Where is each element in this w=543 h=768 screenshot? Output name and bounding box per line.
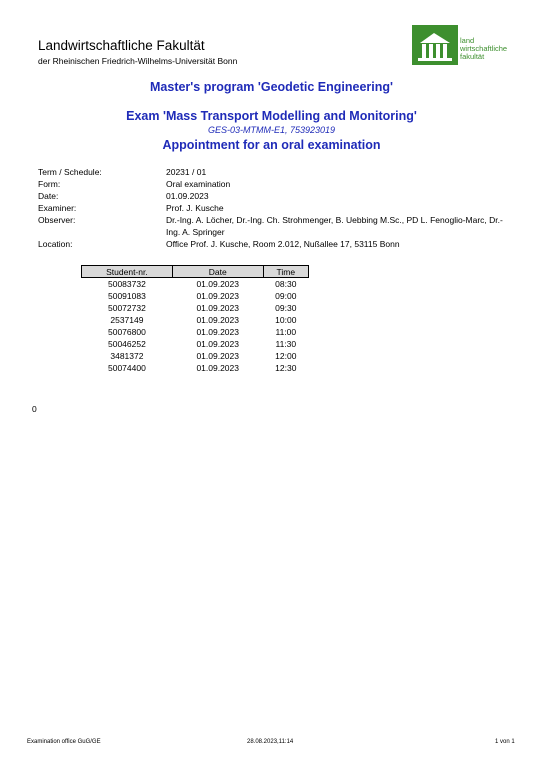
faculty-logo: land wirtschaftliche fakultät (412, 25, 532, 67)
student-nr-cell: 50083732 (82, 278, 173, 291)
table-row: 5007273201.09.202309:30 (82, 302, 309, 314)
table-row: 5007440001.09.202312:30 (82, 362, 309, 374)
date-cell: 01.09.2023 (172, 314, 263, 326)
info-value: Prof. J. Kusche (166, 202, 506, 214)
info-label: Examiner: (38, 202, 166, 214)
date-cell: 01.09.2023 (172, 338, 263, 350)
column-header-date: Date (172, 266, 263, 278)
student-nr-cell: 50091083 (82, 290, 173, 302)
date-cell: 01.09.2023 (172, 326, 263, 338)
student-nr-cell: 50046252 (82, 338, 173, 350)
university-name: der Rheinischen Friedrich-Wilhelms-Unive… (38, 56, 237, 66)
time-cell: 12:00 (263, 350, 308, 362)
table-row: 5007680001.09.202311:00 (82, 326, 309, 338)
info-label: Form: (38, 178, 166, 190)
info-value: Oral examination (166, 178, 506, 190)
time-cell: 12:30 (263, 362, 308, 374)
time-cell: 11:00 (263, 326, 308, 338)
date-cell: 01.09.2023 (172, 290, 263, 302)
date-cell: 01.09.2023 (172, 302, 263, 314)
column-header-student-nr: Student-nr. (82, 266, 173, 278)
info-row-form: Form:Oral examination (38, 178, 506, 190)
footer-timestamp: 28.08.2023,11:14 (247, 739, 293, 745)
info-label: Term / Schedule: (38, 166, 166, 178)
student-nr-cell: 2537149 (82, 314, 173, 326)
time-cell: 08:30 (263, 278, 308, 291)
info-value: 20231 / 01 (166, 166, 506, 178)
footer-page: 1 von 1 (495, 739, 515, 745)
building-logo-icon (412, 25, 458, 65)
table-row: 253714901.09.202310:00 (82, 314, 309, 326)
info-row-date: Date:01.09.2023 (38, 190, 506, 202)
exam-title: Exam 'Mass Transport Modelling and Monit… (0, 109, 543, 123)
date-cell: 01.09.2023 (172, 350, 263, 362)
student-nr-cell: 50074400 (82, 362, 173, 374)
time-cell: 10:00 (263, 314, 308, 326)
table-row: 5009108301.09.202309:00 (82, 290, 309, 302)
info-label: Location: (38, 238, 166, 250)
time-cell: 09:30 (263, 302, 308, 314)
table-row: 348137201.09.202312:00 (82, 350, 309, 362)
info-label: Date: (38, 190, 166, 202)
appointment-title: Appointment for an oral examination (0, 138, 543, 152)
student-nr-cell: 50076800 (82, 326, 173, 338)
count-value: 0 (32, 404, 37, 414)
table-row: 5008373201.09.202308:30 (82, 278, 309, 291)
logo-text: land wirtschaftliche fakultät (460, 37, 507, 61)
info-row-term: Term / Schedule:20231 / 01 (38, 166, 506, 178)
appointment-table: Student-nr. Date Time 5008373201.09.2023… (81, 265, 309, 374)
institution-name: Landwirtschaftliche Fakultät (38, 38, 205, 53)
info-row-observer: Observer:Dr.-Ing. A. Löcher, Dr.-Ing. Ch… (38, 214, 506, 238)
table-header-row: Student-nr. Date Time (82, 266, 309, 278)
student-nr-cell: 50072732 (82, 302, 173, 314)
logo-line: fakultät (460, 53, 507, 61)
date-cell: 01.09.2023 (172, 278, 263, 291)
time-cell: 09:00 (263, 290, 308, 302)
column-header-time: Time (263, 266, 308, 278)
exam-code: GES-03-MTMM-E1, 753923019 (0, 125, 543, 135)
info-row-examiner: Examiner:Prof. J. Kusche (38, 202, 506, 214)
info-row-location: Location:Office Prof. J. Kusche, Room 2.… (38, 238, 506, 250)
table-row: 5004625201.09.202311:30 (82, 338, 309, 350)
info-label: Observer: (38, 214, 166, 238)
time-cell: 11:30 (263, 338, 308, 350)
info-value: Office Prof. J. Kusche, Room 2.012, Nußa… (166, 238, 506, 250)
info-value: 01.09.2023 (166, 190, 506, 202)
date-cell: 01.09.2023 (172, 362, 263, 374)
info-value: Dr.-Ing. A. Löcher, Dr.-Ing. Ch. Strohme… (166, 214, 506, 238)
program-title: Master's program 'Geodetic Engineering' (0, 80, 543, 94)
footer-office: Examination office GuG/GE (27, 739, 101, 745)
student-nr-cell: 3481372 (82, 350, 173, 362)
exam-info: Term / Schedule:20231 / 01 Form:Oral exa… (38, 166, 506, 250)
